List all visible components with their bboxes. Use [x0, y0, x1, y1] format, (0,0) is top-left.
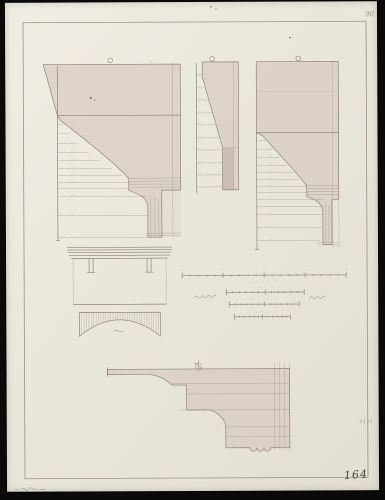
fig1-reference-letter-circle — [108, 58, 113, 63]
arch-center-mark — [113, 330, 123, 332]
fig-cornice-profile-left — [43, 58, 181, 241]
arch-hatched-fill — [79, 312, 160, 336]
ink-speck — [90, 97, 92, 99]
fig-cornice-profile-middle — [195, 56, 238, 193]
scale-label-script-left — [194, 295, 216, 298]
fig4-cornice-lines — [67, 247, 172, 258]
fig3-left-dimension-axis — [255, 133, 260, 250]
fig2-wash-deep-band — [223, 148, 234, 190]
fig2-reference-letter-circle — [210, 57, 215, 62]
fig4-console-left — [87, 258, 95, 272]
fig-cornice-profile-right — [254, 37, 339, 250]
ink-speck — [210, 6, 211, 7]
signature-script-bottom-left — [15, 488, 45, 491]
fig3-wash-shading — [256, 61, 339, 244]
fig-scale-bars — [181, 269, 347, 320]
scale-label-script-right — [309, 296, 325, 299]
fig1-wash-shading — [43, 64, 181, 238]
fig1-dimension-number-marks — [70, 123, 74, 236]
fig2-left-dimension-axis — [196, 63, 197, 192]
plate-corner-annotation: 90 — [365, 10, 374, 18]
ink-speck — [215, 8, 216, 9]
ink-speck — [94, 99, 95, 100]
fig4-body-outline — [73, 258, 166, 304]
fig4-console-right — [145, 258, 153, 272]
fig2-base-mark — [196, 192, 197, 193]
scale-bar-2-number-marks — [251, 287, 280, 288]
scale-bar-3-number-marks — [252, 299, 278, 300]
scanned-plate-paper: 90 164 — [5, 1, 379, 492]
fig3-reference-letter-circle — [296, 56, 301, 61]
fig3-dimension-number-marks — [269, 139, 273, 239]
fig-arch-soffit — [79, 312, 160, 336]
fig-elevation-with-consoles — [67, 247, 172, 304]
margin-annotation-script-right — [360, 419, 372, 423]
fig-horizontal-cornice-section — [107, 360, 289, 453]
scale-bar-1-number-marks — [181, 269, 347, 270]
scale-bar-4-number-marks — [255, 312, 269, 313]
fig1-wash-light-band — [162, 190, 181, 237]
plate-page-number: 164 — [344, 467, 369, 482]
plate-drawing — [5, 1, 379, 492]
ink-speck — [289, 37, 290, 38]
fig2-dimension-number-marks — [198, 73, 201, 173]
